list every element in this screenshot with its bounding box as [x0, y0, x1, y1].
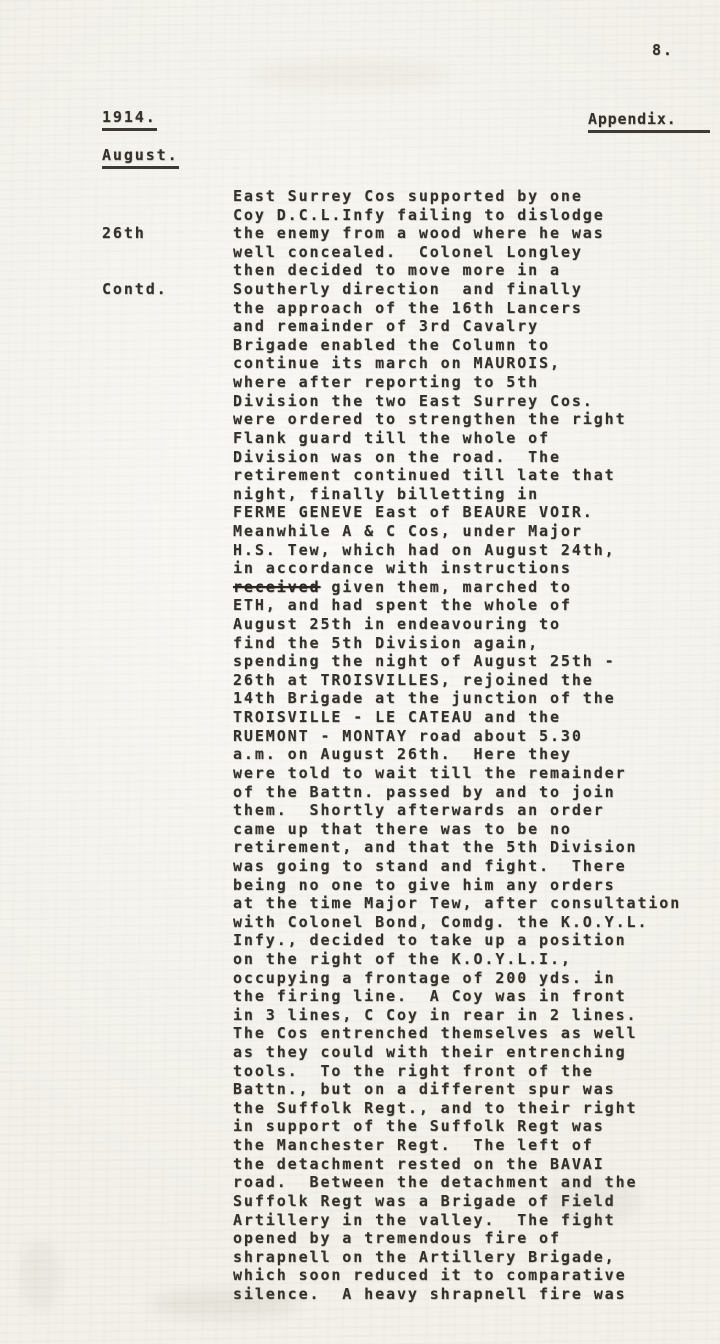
body-line: were told to wait till the remainder: [233, 764, 681, 783]
body-text: East Surrey Cos supported by oneCoy D.C.…: [233, 187, 681, 1304]
body-line: the detachment rested on the BAVAI: [233, 1155, 681, 1174]
body-line: retirement continued till late that: [233, 466, 681, 485]
body-line: and remainder of 3rd Cavalry: [233, 317, 681, 336]
body-line: of the Battn. passed by and to join: [233, 783, 681, 802]
margin-date: 26th: [102, 224, 168, 243]
body-line: the enemy from a wood where he was: [233, 224, 681, 243]
body-line: Brigade enabled the Column to: [233, 336, 681, 355]
body-line: continue its march on MAUROIS,: [233, 354, 681, 373]
body-line: received given them, marched to: [233, 578, 681, 597]
body-line: on the right of the K.O.Y.L.I.,: [233, 950, 681, 969]
body-line: Battn., but on a different spur was: [233, 1080, 681, 1099]
body-line: well concealed. Colonel Longley: [233, 243, 681, 262]
body-line: was going to stand and fight. There: [233, 857, 681, 876]
body-line: were ordered to strengthen the right: [233, 410, 681, 429]
body-line: road. Between the detachment and the: [233, 1173, 681, 1192]
body-line: Artillery in the valley. The fight: [233, 1211, 681, 1230]
body-line: Infy., decided to take up a position: [233, 931, 681, 950]
month-heading: August.: [102, 146, 179, 169]
body-line: which soon reduced it to comparative: [233, 1266, 681, 1285]
body-line: occupying a frontage of 200 yds. in: [233, 969, 681, 988]
body-line: The Cos entrenched themselves as well: [233, 1024, 681, 1043]
year-heading-text: 1914.: [102, 108, 157, 131]
body-line: in 3 lines, C Coy in rear in 2 lines.: [233, 1006, 681, 1025]
body-line: the Suffolk Regt., and to their right: [233, 1099, 681, 1118]
body-line: Flank guard till the whole of: [233, 429, 681, 448]
page-number: 8.: [652, 41, 674, 59]
appendix-heading-text: Appendix.: [588, 110, 710, 133]
body-line: with Colonel Bond, Comdg. the K.O.Y.L.: [233, 913, 681, 932]
margin-date-note: 26th Contd.: [102, 187, 168, 336]
body-line: Suffolk Regt was a Brigade of Field: [233, 1192, 681, 1211]
document-page: 8. 1914. Appendix. August. 26th Contd. E…: [0, 0, 720, 1344]
paper-smudge: [20, 1240, 60, 1310]
body-line: FERME GENEVE East of BEAURE VOIR.: [233, 503, 681, 522]
body-line: Coy D.C.L.Infy failing to dislodge: [233, 206, 681, 225]
body-line: retirement, and that the 5th Division: [233, 838, 681, 857]
body-line: came up that there was to be no: [233, 820, 681, 839]
body-line: as they could with their entrenching: [233, 1043, 681, 1062]
body-line: Meanwhile A & C Cos, under Major: [233, 522, 681, 541]
body-line: opened by a tremendous fire of: [233, 1229, 681, 1248]
appendix-heading: Appendix.: [588, 110, 710, 133]
body-line: a.m. on August 26th. Here they: [233, 745, 681, 764]
body-line: Division was on the road. The: [233, 448, 681, 467]
body-line: where after reporting to 5th: [233, 373, 681, 392]
body-line: the approach of the 16th Lancers: [233, 299, 681, 318]
body-line: tools. To the right front of the: [233, 1062, 681, 1081]
month-heading-text: August.: [102, 146, 179, 169]
body-line: in support of the Suffolk Regt was: [233, 1117, 681, 1136]
body-line: shrapnell on the Artillery Brigade,: [233, 1248, 681, 1267]
body-line: RUEMONT - MONTAY road about 5.30: [233, 727, 681, 746]
paper-smudge: [250, 60, 450, 90]
year-heading: 1914.: [102, 108, 157, 131]
margin-contd: Contd.: [102, 280, 168, 299]
body-line: the Manchester Regt. The left of: [233, 1136, 681, 1155]
body-line: them. Shortly afterwards an order: [233, 801, 681, 820]
body-line: find the 5th Division again,: [233, 634, 681, 653]
body-line: Southerly direction and finally: [233, 280, 681, 299]
body-line: silence. A heavy shrapnell fire was: [233, 1285, 681, 1304]
body-line: in accordance with instructions: [233, 559, 681, 578]
body-line: August 25th in endeavouring to: [233, 615, 681, 634]
body-line: TROISVILLE - LE CATEAU and the: [233, 708, 681, 727]
body-line: night, finally billetting in: [233, 485, 681, 504]
body-line: H.S. Tew, which had on August 24th,: [233, 541, 681, 560]
body-line: Division the two East Surrey Cos.: [233, 392, 681, 411]
body-line: the firing line. A Coy was in front: [233, 987, 681, 1006]
struck-word: received: [233, 578, 320, 596]
body-line: East Surrey Cos supported by one: [233, 187, 681, 206]
body-line: at the time Major Tew, after consultatio…: [233, 894, 681, 913]
body-line: 14th Brigade at the junction of the: [233, 689, 681, 708]
body-line: 26th at TROISVILLES, rejoined the: [233, 671, 681, 690]
body-line: ETH, and had spent the whole of: [233, 596, 681, 615]
body-line: being no one to give him any orders: [233, 876, 681, 895]
body-line: then decided to move more in a: [233, 261, 681, 280]
body-line: spending the night of August 25th -: [233, 652, 681, 671]
